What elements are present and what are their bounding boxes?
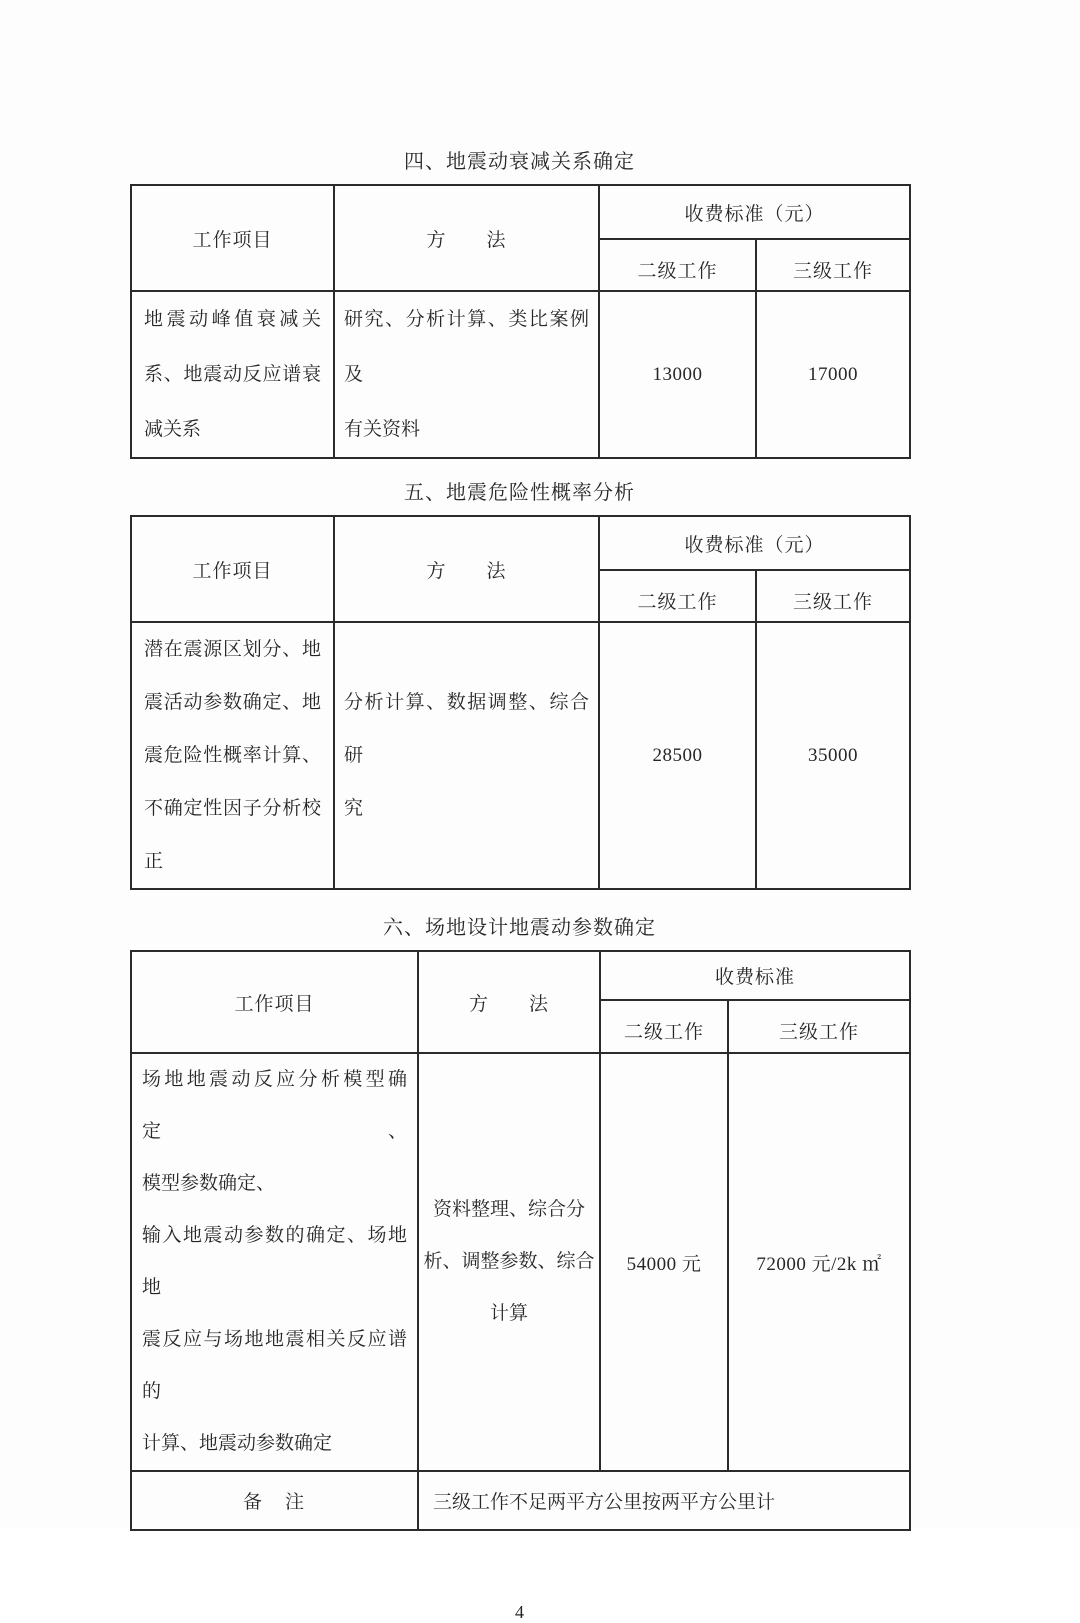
cell-text-line: 系、地震动反应谱衰: [144, 347, 321, 402]
table5-cell-level3-fee: 35000: [756, 622, 910, 889]
table4-cell-method: 研究、分析计算、类比案例及有关资料: [334, 291, 599, 458]
table5-cell-project: 潜在震源区划分、地震活动参数确定、地震危险性概率计算、不确定性因子分析校正: [131, 622, 334, 889]
table5-cell-method: 分析计算、数据调整、综合研究: [334, 622, 599, 889]
cell-text-line: 减关系: [144, 402, 321, 457]
table6-header-level2: 二级工作: [600, 1000, 728, 1053]
table4-data-row: 地震动峰值衰减关系、地震动反应谱衰减关系 研究、分析计算、类比案例及有关资料 1…: [131, 291, 910, 458]
table5-header-project: 工作项目: [131, 516, 334, 622]
cell-text-line: 资料整理、综合分: [423, 1184, 595, 1236]
table6-cell-project: 场地地震动反应分析模型确定、模型参数确定、输入地震动参数的确定、场地地震反应与场…: [131, 1053, 418, 1471]
table4-header-row: 工作项目 方 法 收费标准（元）: [131, 185, 910, 239]
cell-text-line: 震活动参数确定、地: [144, 676, 321, 729]
table6-cell-method: 资料整理、综合分析、调整参数、综合计算: [418, 1053, 600, 1471]
cell-text-line: 计算: [423, 1288, 595, 1340]
table6-title: 六、场地设计地震动参数确定: [130, 916, 909, 940]
cell-text-line: 分析计算、数据调整、综合研: [344, 676, 589, 782]
table4-header-project: 工作项目: [131, 185, 334, 291]
table5-title: 五、地震危险性概率分析: [130, 481, 909, 505]
table-probability-analysis: 工作项目 方 法 收费标准（元） 二级工作 三级工作 潜在震源区划分、地震活动参…: [130, 515, 911, 890]
table4-title: 四、地震动衰减关系确定: [130, 150, 909, 174]
cell-text-line: 震危险性概率计算、: [144, 729, 321, 782]
table6-header-level3: 三级工作: [728, 1000, 910, 1053]
table4-header-fee: 收费标准（元）: [599, 185, 910, 239]
table6-note-row: 备 注 三级工作不足两平方公里按两平方公里计: [131, 1471, 910, 1530]
table-attenuation-relation: 工作项目 方 法 收费标准（元） 二级工作 三级工作 地震动峰值衰减关系、地震动…: [130, 184, 911, 459]
table6-cell-level2-fee: 54000 元: [600, 1053, 728, 1471]
table5-cell-level2-fee: 28500: [599, 622, 756, 889]
table6-note-label: 备 注: [131, 1471, 418, 1530]
table4-cell-level3-fee: 17000: [756, 291, 910, 458]
table6-header-row: 工作项目 方 法 收费标准: [131, 951, 910, 1000]
table6-cell-level3-fee: 72000 元/2k ㎡: [728, 1053, 910, 1471]
table4-cell-level2-fee: 13000: [599, 291, 756, 458]
cell-text-line: 模型参数确定、: [142, 1158, 407, 1210]
cell-text-line: 潜在震源区划分、地: [144, 623, 321, 676]
table6-data-row: 场地地震动反应分析模型确定、模型参数确定、输入地震动参数的确定、场地地震反应与场…: [131, 1053, 910, 1471]
cell-text-line: 地震动峰值衰减关: [144, 292, 321, 347]
cell-text-line: 输入地震动参数的确定、场地地: [142, 1210, 407, 1314]
table-design-parameters: 工作项目 方 法 收费标准 二级工作 三级工作 场地地震动反应分析模型确定、模型…: [130, 950, 911, 1531]
cell-text-line: 有关资料: [344, 402, 589, 457]
cell-text-line: 正: [144, 835, 321, 888]
page-number: 4: [130, 1601, 909, 1623]
table6-header-method: 方 法: [418, 951, 600, 1053]
cell-text-line: 不确定性因子分析校: [144, 782, 321, 835]
cell-text-line: 研究、分析计算、类比案例及: [344, 292, 589, 402]
table6-header-project: 工作项目: [131, 951, 418, 1053]
table5-data-row: 潜在震源区划分、地震活动参数确定、地震危险性概率计算、不确定性因子分析校正 分析…: [131, 622, 910, 889]
table5-header-method: 方 法: [334, 516, 599, 622]
table4-cell-project: 地震动峰值衰减关系、地震动反应谱衰减关系: [131, 291, 334, 458]
table4-header-method: 方 法: [334, 185, 599, 291]
document-page: 四、地震动衰减关系确定 工作项目 方 法 收费标准（元） 二级工作 三级工作 地…: [0, 0, 1080, 1527]
cell-text-line: 究: [344, 782, 589, 835]
document-content: 四、地震动衰减关系确定 工作项目 方 法 收费标准（元） 二级工作 三级工作 地…: [130, 0, 909, 1623]
cell-text-line: 析、调整参数、综合: [423, 1236, 595, 1288]
table6-note-text: 三级工作不足两平方公里按两平方公里计: [418, 1471, 910, 1530]
cell-text-line: 计算、地震动参数确定: [142, 1418, 407, 1470]
table4-header-level3: 三级工作: [756, 239, 910, 291]
table4-header-level2: 二级工作: [599, 239, 756, 291]
table5-header-level2: 二级工作: [599, 570, 756, 622]
table5-header-fee: 收费标准（元）: [599, 516, 910, 570]
cell-text-line: 震反应与场地地震相关反应谱的: [142, 1314, 407, 1418]
table5-header-level3: 三级工作: [756, 570, 910, 622]
table6-header-fee: 收费标准: [600, 951, 910, 1000]
table5-header-row: 工作项目 方 法 收费标准（元）: [131, 516, 910, 570]
cell-text-line: 场地地震动反应分析模型确定、: [142, 1054, 407, 1158]
